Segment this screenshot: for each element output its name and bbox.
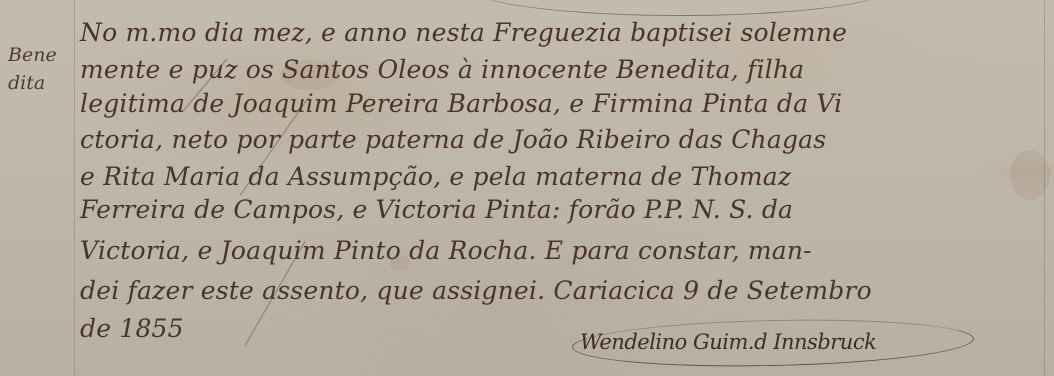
- page-curve-line: [470, 0, 890, 16]
- text-line-6: Ferreira de Campos, e Victoria Pinta: fo…: [80, 197, 793, 222]
- text-line-4: ctoria, neto por parte paterna de João R…: [80, 127, 826, 152]
- margin-note-line-2: dita: [8, 74, 45, 93]
- text-line-3: legitima de Joaquim Pereira Barbosa, e F…: [80, 91, 842, 116]
- text-line-8: dei fazer este assento, que assignei. Ca…: [80, 278, 872, 303]
- margin-note-line-1: Bene: [8, 46, 57, 65]
- paper-stain: [1010, 150, 1050, 200]
- margin-rule: [74, 0, 75, 376]
- text-line-5: e Rita Maria da Assumpção, e pela matern…: [80, 164, 791, 189]
- text-line-7: Victoria, e Joaquim Pinto da Rocha. E pa…: [80, 238, 812, 263]
- text-line-2: mente e puz os Santos Oleos à innocente …: [80, 57, 804, 82]
- text-line-9: de 1855: [80, 316, 184, 341]
- signature: Wendelino Guim.d Innsbruck: [580, 330, 876, 354]
- text-line-1: No m.mo dia mez, e anno nesta Freguezia …: [80, 20, 847, 45]
- document-page: Bene dita No m.mo dia mez, e anno nesta …: [0, 0, 1054, 376]
